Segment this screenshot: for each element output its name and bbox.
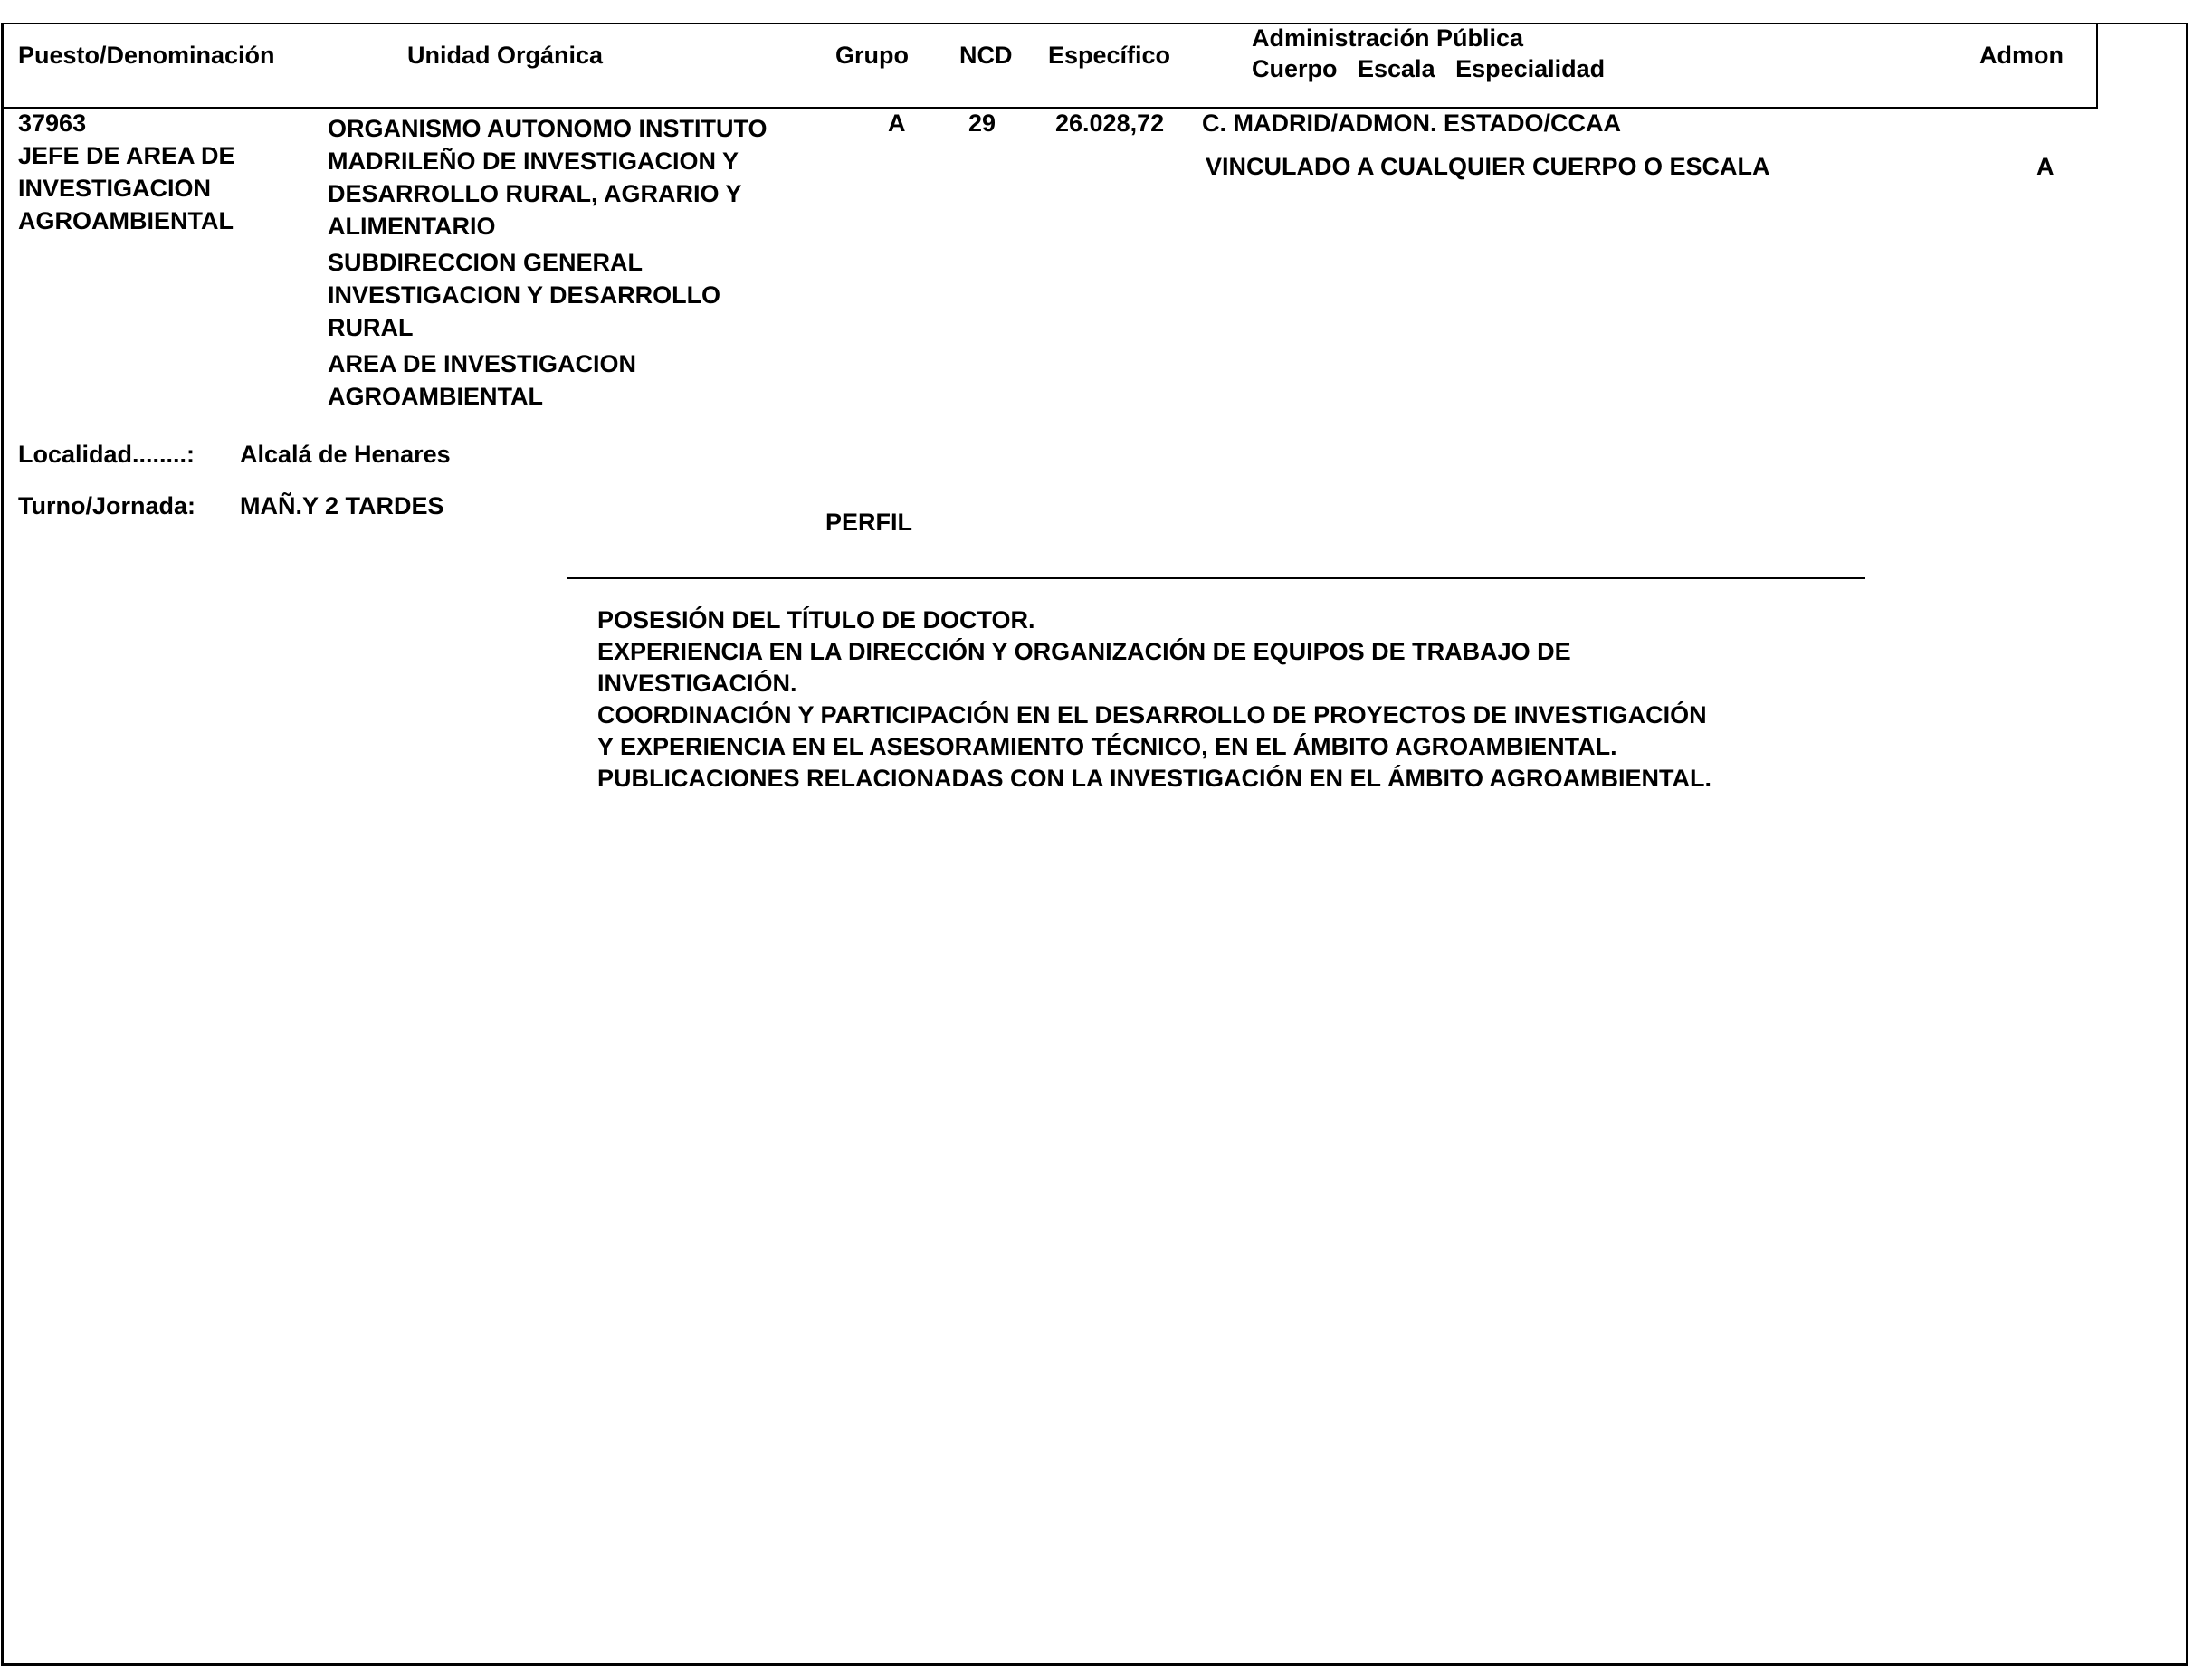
header-ncd: NCD <box>959 41 1013 70</box>
organismo-line: ORGANISMO AUTONOMO INSTITUTO <box>328 112 768 145</box>
administracion-value: C. MADRID/ADMON. ESTADO/CCAA <box>1202 107 1621 139</box>
header-puesto: Puesto/Denominación <box>18 41 275 70</box>
perfil-divider <box>567 577 1865 579</box>
header-administracion-publica: Administración Pública <box>1252 24 1523 52</box>
header-admon: Admon <box>1979 41 2064 70</box>
puesto-cell: 37963 JEFE DE AREA DE INVESTIGACION AGRO… <box>18 107 235 237</box>
perfil-line: COORDINACIÓN Y PARTICIPACIÓN EN EL DESAR… <box>597 700 1711 731</box>
admon-value: A <box>2036 150 2055 183</box>
localidad-value: Alcalá de Henares <box>240 438 451 471</box>
area-line: AREA DE INVESTIGACION <box>328 348 768 380</box>
cuerpo-value: VINCULADO A CUALQUIER CUERPO O ESCALA <box>1206 150 1770 183</box>
subdireccion-line: RURAL <box>328 311 768 344</box>
turno-value: MAÑ.Y 2 TARDES <box>240 490 444 522</box>
organismo-line: DESARROLLO RURAL, AGRARIO Y <box>328 177 768 210</box>
header-grupo: Grupo <box>835 41 909 70</box>
localidad-label: Localidad........: <box>18 438 195 471</box>
organismo-line: MADRILEÑO DE INVESTIGACION Y <box>328 145 768 177</box>
perfil-line: Y EXPERIENCIA EN EL ASESORAMIENTO TÉCNIC… <box>597 731 1711 763</box>
perfil-line: EXPERIENCIA EN LA DIRECCIÓN Y ORGANIZACI… <box>597 636 1711 668</box>
especifico-value: 26.028,72 <box>1055 107 1164 139</box>
perfil-title: PERFIL <box>825 506 912 538</box>
ncd-value: 29 <box>968 107 996 139</box>
perfil-text: POSESIÓN DEL TÍTULO DE DOCTOR. EXPERIENC… <box>597 605 1711 795</box>
puesto-denominacion-line: INVESTIGACION <box>18 172 235 205</box>
header-especifico: Específico <box>1048 41 1170 70</box>
turno-label: Turno/Jornada: <box>18 490 195 522</box>
subdireccion-line: SUBDIRECCION GENERAL <box>328 246 768 279</box>
organismo-line: ALIMENTARIO <box>328 210 768 243</box>
perfil-line: INVESTIGACIÓN. <box>597 668 1711 700</box>
header-unidad-organica: Unidad Orgánica <box>407 41 603 70</box>
puesto-denominacion-line: JEFE DE AREA DE <box>18 139 235 172</box>
unidad-organica-cell: ORGANISMO AUTONOMO INSTITUTO MADRILEÑO D… <box>328 112 768 413</box>
area-line: AGROAMBIENTAL <box>328 380 768 413</box>
header-cuerpo-escala-especialidad: Cuerpo Escala Especialidad <box>1252 54 1605 83</box>
grupo-value: A <box>888 107 906 139</box>
subdireccion-line: INVESTIGACION Y DESARROLLO <box>328 279 768 311</box>
puesto-denominacion-line: AGROAMBIENTAL <box>18 205 235 237</box>
perfil-line: PUBLICACIONES RELACIONADAS CON LA INVEST… <box>597 763 1711 795</box>
perfil-line: POSESIÓN DEL TÍTULO DE DOCTOR. <box>597 605 1711 636</box>
puesto-codigo: 37963 <box>18 107 235 139</box>
